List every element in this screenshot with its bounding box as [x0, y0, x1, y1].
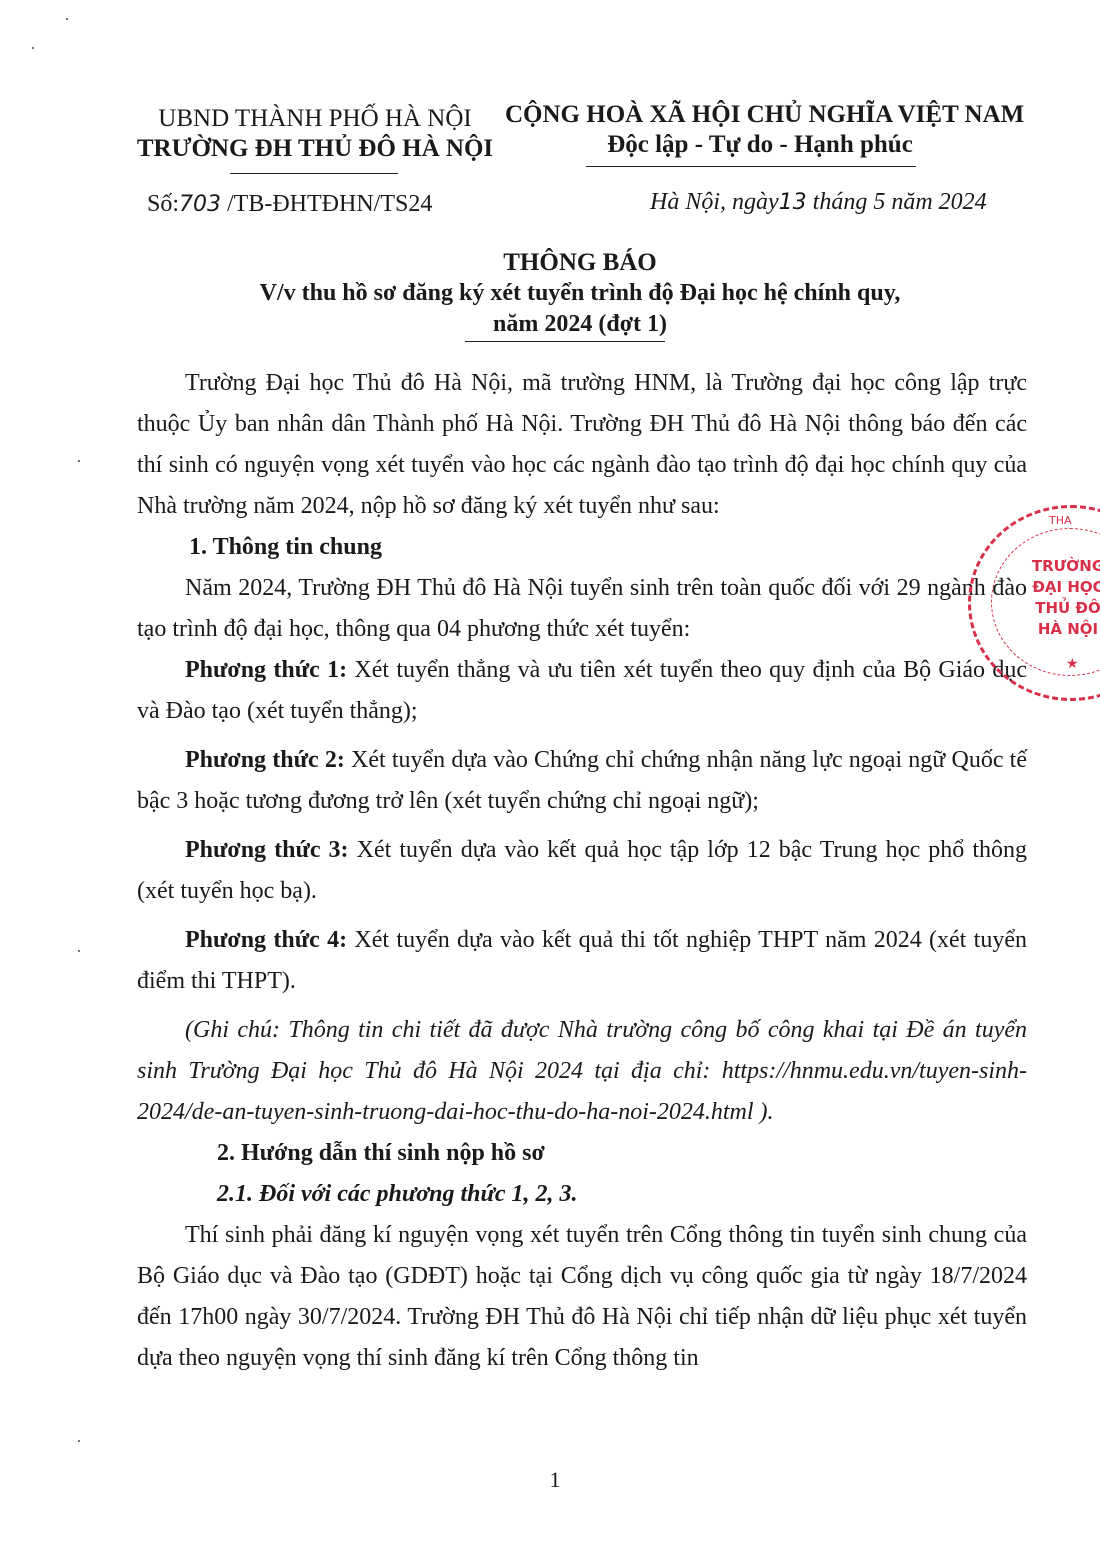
stamp-line-1: TRƯỜNG — [1023, 556, 1100, 577]
method-2-label: Phương thức 2: — [185, 747, 345, 773]
section-2-heading: 2. Hướng dẫn thí sinh nộp hồ sơ — [137, 1133, 1027, 1174]
method-3: Phương thức 3: Xét tuyển dựa vào kết quả… — [137, 830, 1027, 912]
scan-speck — [78, 460, 80, 462]
stamp-line-3: THỦ ĐÔ — [1023, 598, 1100, 619]
section-2-1-heading: 2.1. Đối với các phương thức 1, 2, 3. — [137, 1174, 1027, 1215]
national-header: CỘNG HOÀ XÃ HỘI CHỦ NGHĨA VIỆT NAM Độc l… — [505, 100, 1015, 160]
method-1-label: Phương thức 1: — [185, 657, 347, 683]
national-motto: Độc lập - Tự do - Hạnh phúc — [505, 130, 1015, 160]
number-suffix: /TB-ĐHTĐHN/TS24 — [221, 191, 432, 217]
handwritten-number: 703 — [179, 192, 221, 217]
document-date: Hà Nội, ngày13 tháng 5 năm 2024 — [650, 189, 987, 216]
scan-speck — [78, 950, 80, 952]
stamp-line-4: HÀ NỘI — [1023, 619, 1100, 640]
authority-underline — [230, 173, 398, 174]
page-number: 1 — [540, 1467, 570, 1493]
star-icon: ★ — [1066, 656, 1079, 673]
document-number: Số:703 /TB-ĐHTĐHN/TS24 — [147, 191, 432, 218]
method-4-label: Phương thức 4: — [185, 927, 347, 953]
scan-speck — [66, 18, 68, 20]
method-2: Phương thức 2: Xét tuyển dựa vào Chứng c… — [137, 740, 1027, 822]
method-3-label: Phương thức 3: — [185, 837, 349, 863]
method-4: Phương thức 4: Xét tuyển dựa vào kết quả… — [137, 920, 1027, 1002]
authority-line-2: TRƯỜNG ĐH THỦ ĐÔ HÀ NỘI — [130, 134, 500, 164]
issuing-authority: UBND THÀNH PHỐ HÀ NỘI TRƯỜNG ĐH THỦ ĐÔ H… — [130, 104, 500, 164]
stamp-arc-text: THA — [1049, 514, 1072, 527]
authority-line-1: UBND THÀNH PHỐ HÀ NỘI — [130, 104, 500, 134]
date-suffix: tháng 5 năm 2024 — [807, 189, 987, 215]
title-subject-line-1: V/v thu hồ sơ đăng ký xét tuyển trình độ… — [130, 278, 1030, 309]
title-main: THÔNG BÁO — [130, 248, 1030, 278]
title-subject-line-2: năm 2024 (đợt 1) — [130, 309, 1030, 340]
motto-underline — [586, 166, 916, 167]
note-paragraph: (Ghi chú: Thông tin chi tiết đã được Nhà… — [137, 1010, 1027, 1133]
stamp-line-2: ĐẠI HỌC — [1023, 577, 1100, 598]
handwritten-day: 13 — [779, 190, 807, 215]
section-1-heading: 1. Thông tin chung — [137, 527, 1027, 568]
section-1-paragraph: Năm 2024, Trường ĐH Thủ đô Hà Nội tuyển … — [137, 568, 1027, 650]
intro-paragraph: Trường Đại học Thủ đô Hà Nội, mã trường … — [137, 363, 1027, 527]
stamp-center-text: TRƯỜNG ĐẠI HỌC THỦ ĐÔ HÀ NỘI — [1023, 556, 1100, 640]
notice-title: THÔNG BÁO V/v thu hồ sơ đăng ký xét tuyể… — [130, 248, 1030, 340]
date-prefix: Hà Nội, ngày — [650, 189, 779, 215]
national-title: CỘNG HOÀ XÃ HỘI CHỦ NGHĨA VIỆT NAM — [505, 100, 1015, 130]
title-underline — [465, 341, 665, 342]
scan-speck — [78, 1440, 80, 1442]
number-prefix: Số: — [147, 191, 179, 217]
method-1: Phương thức 1: Xét tuyển thẳng và ưu tiê… — [137, 650, 1027, 732]
document-body: Trường Đại học Thủ đô Hà Nội, mã trường … — [137, 363, 1027, 1379]
section-2-1-paragraph: Thí sinh phải đăng kí nguyện vọng xét tu… — [137, 1215, 1027, 1379]
scan-speck — [32, 47, 34, 49]
